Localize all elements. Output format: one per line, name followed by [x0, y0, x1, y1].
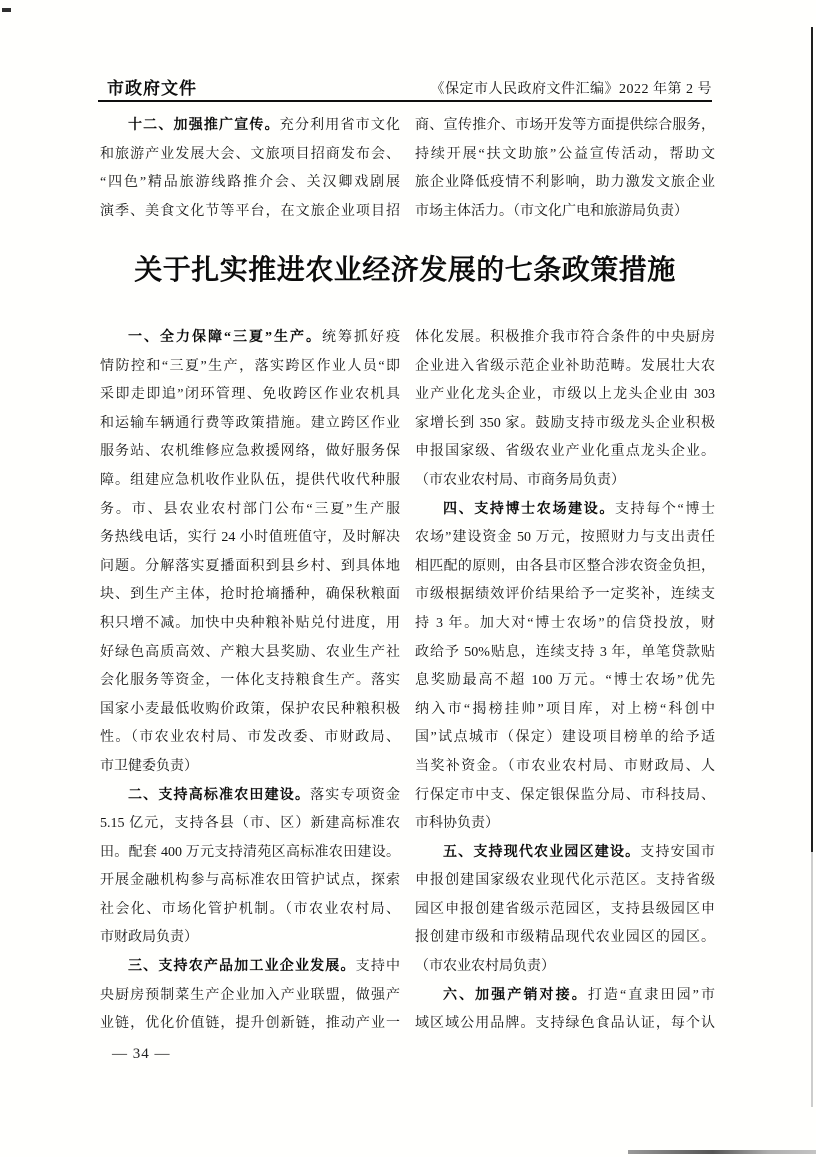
text-line: 市科协负责）	[415, 810, 715, 839]
header-compilation-issue: 《保定市人民政府文件汇编》2022 年第 2 号	[431, 78, 713, 98]
scan-artifact-right-edge-light	[811, 852, 813, 1107]
section-heading: 一、全力保障“三夏”生产。	[128, 330, 322, 345]
text-line: 性。（市农业农村局、市发改委、市财政局、	[100, 724, 400, 753]
text-line: 相匹配的原则，由各县市区整合涉农资金负担，	[415, 553, 715, 582]
text-line: 十二、加强推广宣传。充分利用省市文化	[100, 112, 400, 141]
text-line: 务。市、县农业农村部门公布“三夏”生产服	[100, 496, 400, 525]
document-page: 市政府文件 《保定市人民政府文件汇编》2022 年第 2 号 十二、加强推广宣传…	[0, 0, 816, 1157]
text-line: 四、支持博士农场建设。支持每个“博士	[415, 496, 715, 525]
body-column-left: 一、全力保障“三夏”生产。统筹抓好疫情防控和“三夏”生产，落实跨区作业人员“即采…	[100, 324, 400, 1039]
text-line: 纳入市“揭榜挂帅”项目库，对上榜“科创中	[415, 696, 715, 725]
text-line: 旅企业降低疫情不利影响，助力激发文旅企业	[415, 169, 715, 198]
text-line: 和旅游产业发展大会、文旅项目招商发布会、	[100, 141, 400, 170]
section-heading: 三、支持农产品加工业企业发展。	[128, 959, 356, 974]
section-heading: 十二、加强推广宣传。	[128, 118, 280, 133]
body-column-right: 体化发展。积极推介我市符合条件的中央厨房企业进入省级示范企业补助范畴。发展壮大农…	[415, 324, 715, 1039]
text-line: 息奖励最高不超 100 万元。“博士农场”优先	[415, 667, 715, 696]
text-line: 企业进入省级示范企业补助范畴。发展壮大农	[415, 353, 715, 382]
text-line: 持 3 年。加大对“博士农场”的信贷投放，财	[415, 610, 715, 639]
text-line: 演季、美食文化节等平台，在文旅企业项目招	[100, 198, 400, 227]
intro-column-left: 十二、加强推广宣传。充分利用省市文化和旅游产业发展大会、文旅项目招商发布会、“四…	[100, 112, 400, 226]
text-line: 块、到生产主体，抢时抢墒播种，确保秋粮面	[100, 581, 400, 610]
text-line: 三、支持农产品加工业企业发展。支持中	[100, 953, 400, 982]
text-line: 五、支持现代农业园区建设。支持安国市	[415, 839, 715, 868]
text-line: 国家小麦最低收购价政策，保护农民种粮积极	[100, 696, 400, 725]
text-line: 社会化、市场化管护机制。（市农业农村局、	[100, 896, 400, 925]
scan-artifact-right-edge	[811, 27, 813, 852]
text-line: 当奖补资金。（市农业农村局、市财政局、人	[415, 753, 715, 782]
text-line: “四色”精品旅游线路推介会、关汉卿戏剧展	[100, 169, 400, 198]
text-line: 行保定市中支、保定银保监分局、市科技局、	[415, 782, 715, 811]
text-line: 服务站、农机维修应急救援网络，做好服务保	[100, 438, 400, 467]
text-line: 5.15 亿元，支持各县（市、区）新建高标准农	[100, 810, 400, 839]
text-line: 农场”建设资金 50 万元，按照财力与支出责任	[415, 524, 715, 553]
text-line: 积只增不减。加快中央种粮补贴兑付进度，用	[100, 610, 400, 639]
text-line: （市农业农村局、市商务局负责）	[415, 467, 715, 496]
text-line: 问题。分解落实夏播面积到县乡村、到具体地	[100, 553, 400, 582]
text-line: 市卫健委负责）	[100, 753, 400, 782]
header-document-category: 市政府文件	[107, 74, 197, 99]
text-line: 持续开展“扶文助旅”公益宣传活动，帮助文	[415, 141, 715, 170]
text-line: 报创建市级和市级精品现代农业园区的园区。	[415, 924, 715, 953]
section-heading: 二、支持高标准农田建设。	[128, 788, 310, 803]
intro-column-right: 商、宣传推介、市场开发等方面提供综合服务，持续开展“扶文助旅”公益宣传活动，帮助…	[415, 112, 715, 226]
text-line: 业链，优化价值链，提升创新链，推动产业一	[100, 1010, 400, 1039]
text-line: 市级根据绩效评价结果给予一定奖补，连续支	[415, 581, 715, 610]
document-title: 关于扎实推进农业经济发展的七条政策措施	[98, 248, 712, 288]
text-line: 情防控和“三夏”生产，落实跨区作业人员“即	[100, 353, 400, 382]
text-line: 国”试点城市（保定）建设项目榜单的给予适	[415, 724, 715, 753]
text-line: （市农业农村局负责）	[415, 953, 715, 982]
text-line: 市财政局负责）	[100, 924, 400, 953]
text-line: 一、全力保障“三夏”生产。统筹抓好疫	[100, 324, 400, 353]
text-line: 申报创建国家级农业现代化示范区。支持省级	[415, 867, 715, 896]
text-line: 田。配套 400 万元支持清苑区高标准农田建设。	[100, 839, 400, 868]
text-line: 会化服务等资金，一体化支持粮食生产。落实	[100, 667, 400, 696]
text-line: 申报国家级、省级农业产业化重点龙头企业。	[415, 438, 715, 467]
text-line: 园区申报创建省级示范园区，支持县级园区申	[415, 896, 715, 925]
section-heading: 六、加强产销对接。	[443, 988, 588, 1003]
scan-artifact-top-left	[2, 8, 11, 12]
text-line: 和运输车辆通行费等政策措施。建立跨区作业	[100, 410, 400, 439]
text-line: 央厨房预制菜生产企业加入产业联盟，做强产	[100, 982, 400, 1011]
header-rule	[98, 100, 712, 102]
text-line: 业产业化龙头企业，市级以上龙头企业由 303	[415, 381, 715, 410]
text-line: 政给予 50%贴息，连续支持 3 年，单笔贷款贴	[415, 639, 715, 668]
text-line: 域区域公用品牌。支持绿色食品认证，每个认	[415, 1010, 715, 1039]
text-line: 开展金融机构参与高标准农田管护试点，探索	[100, 867, 400, 896]
text-line: 好绿色高质高效、产粮大县奖励、农业生产社	[100, 639, 400, 668]
text-line: 商、宣传推介、市场开发等方面提供综合服务，	[415, 112, 715, 141]
text-line: 务热线电话，实行 24 小时值班值守，及时解决	[100, 524, 400, 553]
text-line: 二、支持高标准农田建设。落实专项资金	[100, 782, 400, 811]
text-line: 市场主体活力。（市文化广电和旅游局负责）	[415, 198, 715, 227]
section-heading: 四、支持博士农场建设。	[443, 502, 615, 517]
section-heading: 五、支持现代农业园区建设。	[443, 845, 640, 860]
page-number: — 34 —	[112, 1046, 171, 1063]
scan-artifact-bottom-edge	[628, 1150, 816, 1154]
text-line: 采即走即追”闭环管理、免收跨区作业农机具	[100, 381, 400, 410]
text-line: 体化发展。积极推介我市符合条件的中央厨房	[415, 324, 715, 353]
text-line: 家增长到 350 家。鼓励支持市级龙头企业积极	[415, 410, 715, 439]
text-line: 六、加强产销对接。打造“直隶田园”市	[415, 982, 715, 1011]
text-line: 障。组建应急机收作业队伍，提供代收代种服	[100, 467, 400, 496]
